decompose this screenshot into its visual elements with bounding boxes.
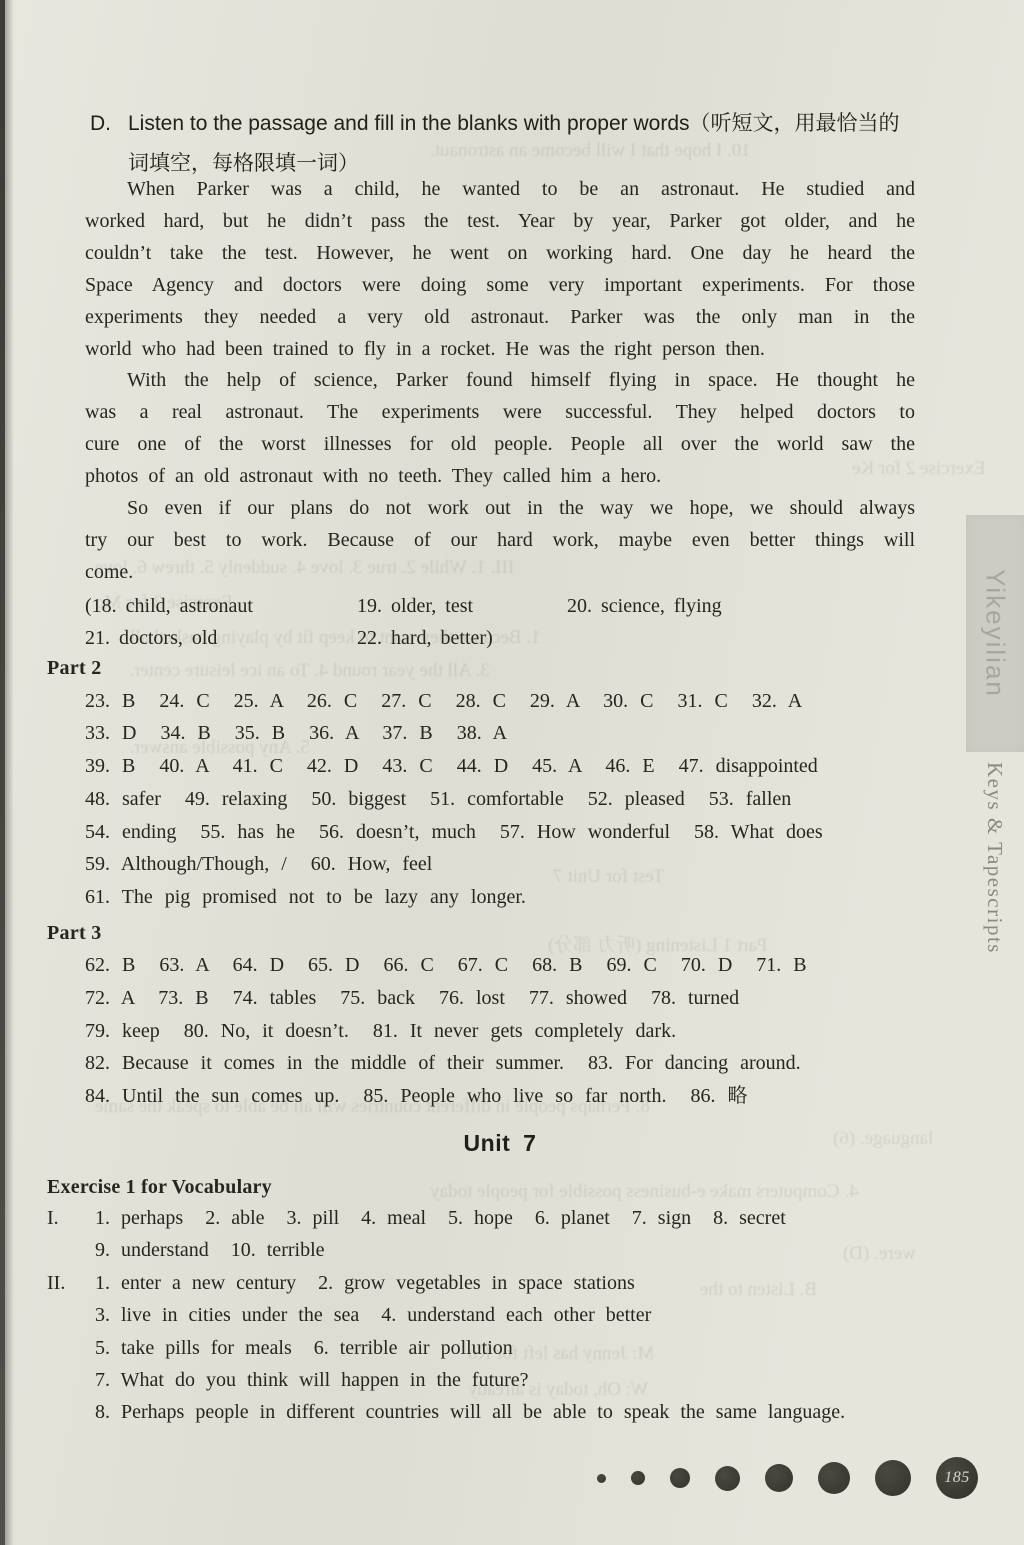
answer-line: 33. D 34. B 35. B 36. A 37. B 38. A: [47, 717, 932, 750]
section-d-instruction-line1: Listen to the passage and fill in the bl…: [128, 104, 942, 144]
brand-vertical-text: Yikeyilian: [980, 569, 1011, 698]
vocab-answer-row: 5. take pills for meals 6. terrible air …: [47, 1332, 947, 1364]
page-number: 185: [944, 1469, 970, 1487]
passage-line: Space Agency and doctors were doing some…: [85, 270, 915, 302]
part2-answers: 23. B 24. C 25. A 26. C 27. C 28. C 29. …: [47, 685, 932, 914]
passage-line: world who had been trained to fly in a r…: [85, 334, 915, 366]
answer-line: 62. B 63. A 64. D 65. D 66. C 67. C 68. …: [47, 949, 932, 982]
page-number-dot: 185: [936, 1457, 978, 1499]
fill-blank-answer-row: 21. doctors, old 22. hard, better): [85, 622, 915, 654]
section-d-label: D.: [90, 104, 128, 184]
scan-left-edge-shadow: [5, 0, 14, 1545]
part2-heading: Part 2: [47, 652, 932, 685]
passage-line: experiments they needed a very old astro…: [85, 302, 915, 334]
vocab-answer-row: I. 1. perhaps 2. able 3. pill 4. meal 5.…: [47, 1202, 947, 1234]
fill-blank-answer-row: (18. child, astronaut 19. older, test 20…: [85, 590, 915, 622]
passage-line: couldn’t take the test. However, he went…: [85, 238, 915, 270]
part3-answers: 62. B 63. A 64. D 65. D 66. C 67. C 68. …: [47, 949, 932, 1113]
vocab-answer-row: II. 1. enter a new century 2. grow veget…: [47, 1267, 947, 1299]
answer-line: 39. B 40. A 41. C 42. D 43. C 44. D 45. …: [47, 750, 932, 783]
answer-key-block: Part 2 23. B 24. C 25. A 26. C 27. C 28.…: [47, 652, 932, 1113]
scanned-answer-key-page: { "page": { "number": "185" }, "sidebar"…: [0, 0, 1024, 1545]
passage-line: When Parker was a child, he wanted to be…: [85, 174, 915, 206]
page-dot-icon: [670, 1468, 690, 1488]
page-dot-icon: [715, 1466, 740, 1491]
answer-line: 72. A 73. B 74. tables 75. back 76. lost…: [47, 982, 932, 1015]
passage-line: come.: [85, 557, 915, 589]
footer-dot-row: 185: [597, 1455, 978, 1501]
passage-line: photos of an old astronaut with no teeth…: [85, 461, 915, 493]
listening-passage: When Parker was a child, he wanted to be…: [85, 174, 915, 589]
passage-line: cure one of the worst illnesses for old …: [85, 429, 915, 461]
passage-line: So even if our plans do not work out in …: [85, 493, 915, 525]
vocab-answer-row: 8. Perhaps people in different countries…: [47, 1396, 947, 1428]
answer-line: 84. Until the sun comes up. 85. People w…: [47, 1080, 932, 1113]
page-dot-icon: [597, 1474, 606, 1483]
vocab-answer-row: 9. understand 10. terrible: [47, 1234, 947, 1266]
vocab-answer-row: 7. What do you think will happen in the …: [47, 1364, 947, 1396]
page-dot-icon: [875, 1460, 911, 1496]
exercise1-heading: Exercise 1 for Vocabulary: [47, 1176, 272, 1199]
exercise1-answers: I. 1. perhaps 2. able 3. pill 4. meal 5.…: [47, 1202, 947, 1429]
answer-line: 82. Because it comes in the middle of th…: [47, 1047, 932, 1080]
page-dot-icon: [818, 1462, 850, 1494]
series-vertical-text: Keys & Tapescripts: [982, 762, 1007, 954]
answer-line: 48. safer 49. relaxing 50. biggest 51. c…: [47, 783, 932, 816]
passage-line: worked hard, but he didn’t pass the test…: [85, 206, 915, 238]
answer-line: 79. keep 80. No, it doesn’t. 81. It neve…: [47, 1015, 932, 1048]
passage-line: With the help of science, Parker found h…: [85, 365, 915, 397]
fill-blank-answers: (18. child, astronaut 19. older, test 20…: [85, 590, 915, 654]
footer-dots: [597, 1460, 911, 1496]
answer-line: 23. B 24. C 25. A 26. C 27. C 28. C 29. …: [47, 685, 932, 718]
bleed-through-line: 4. Computers make e-business possible fo…: [430, 1181, 858, 1203]
margin-brand-band: Yikeyilian: [966, 515, 1024, 752]
answer-line: 61. The pig promised not to be lazy any …: [47, 881, 932, 914]
part3-heading: Part 3: [47, 917, 932, 950]
page-dot-icon: [765, 1464, 793, 1492]
section-d-heading: D. Listen to the passage and fill in the…: [90, 104, 942, 184]
passage-line: try our best to work. Because of our har…: [85, 525, 915, 557]
vocab-answer-row: 3. live in cities under the sea 4. under…: [47, 1299, 947, 1331]
passage-line: was a real astronaut. The experiments we…: [85, 397, 915, 429]
answer-line: 54. ending 55. has he 56. doesn’t, much …: [47, 816, 932, 849]
answer-line: 59. Although/Though, / 60. How, feel: [47, 848, 932, 881]
page-dot-icon: [631, 1471, 645, 1485]
section-d-instruction: Listen to the passage and fill in the bl…: [128, 104, 942, 184]
unit7-heading: Unit 7: [85, 1130, 915, 1157]
